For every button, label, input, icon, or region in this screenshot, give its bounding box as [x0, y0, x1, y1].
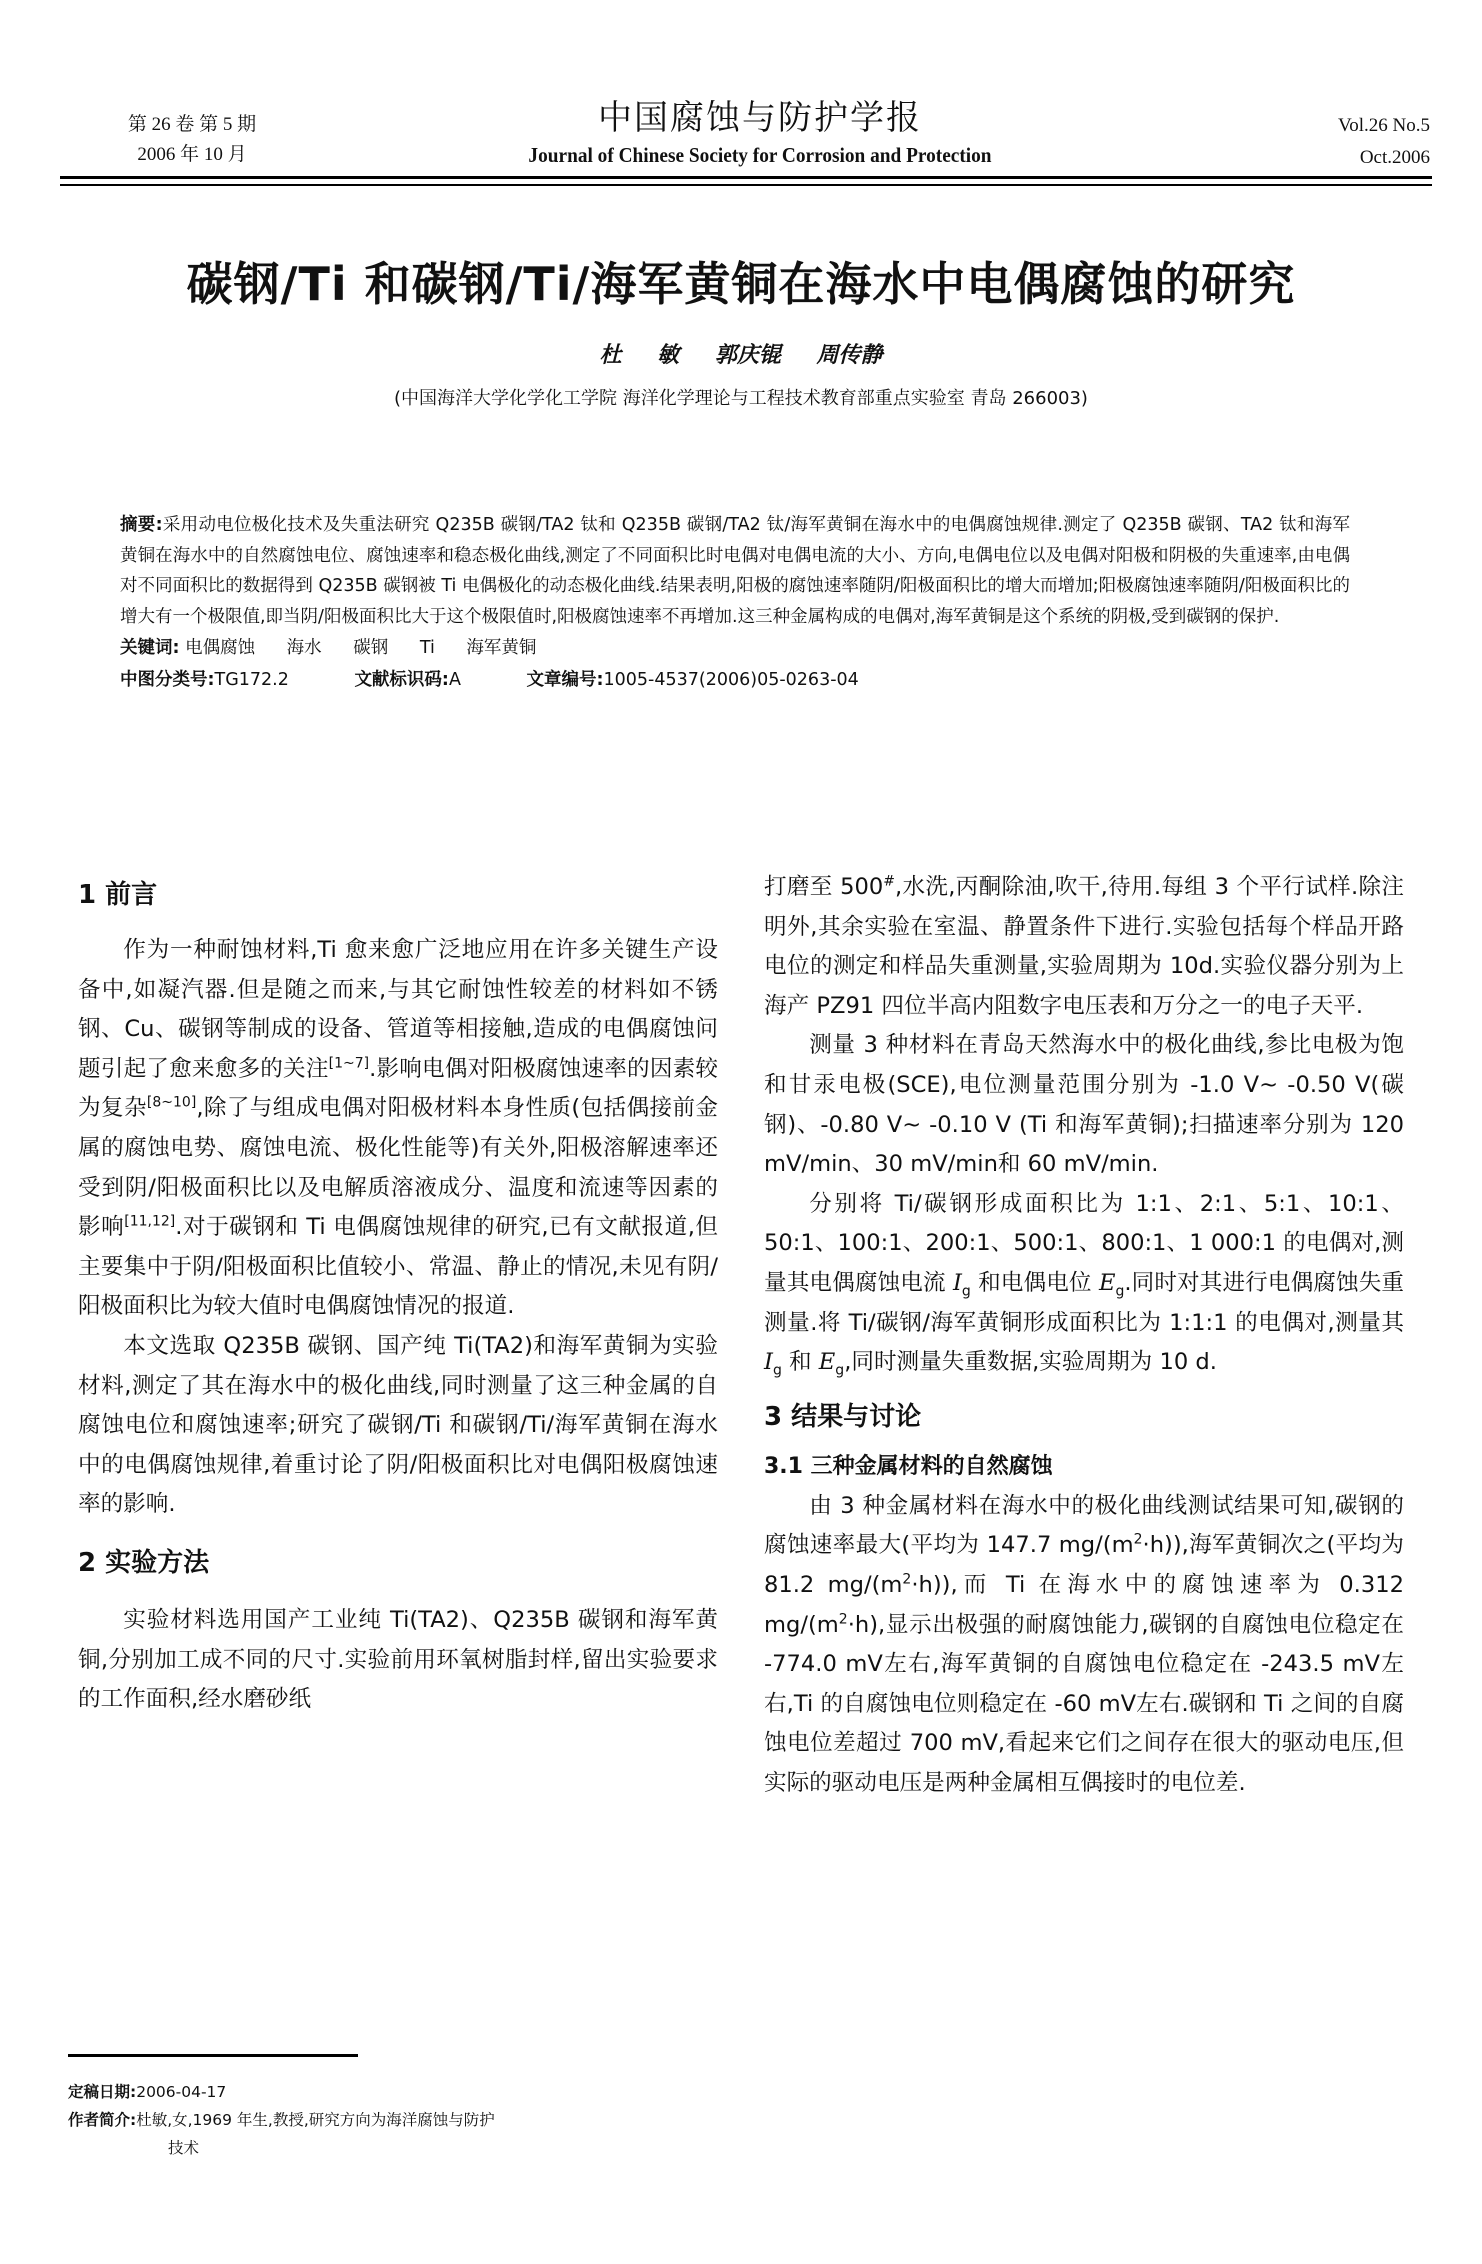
methods-paragraph-3: 分别将 Ti/碳钢形成面积比为 1:1、2:1、5:1、10:1、50:1、10… — [764, 1185, 1404, 1383]
keyword-item: Ti — [420, 638, 435, 658]
article-no-label: 文章编号: — [527, 670, 604, 690]
intro-paragraph-1: 作为一种耐蚀材料,Ti 愈来愈广泛地应用在许多关键生产设备中,如凝汽器.但是随之… — [78, 931, 718, 1327]
article-no-value: 1005-4537(2006)05-0263-04 — [604, 670, 859, 690]
article-authors: 杜 敏 郭庆锟 周传静 — [0, 338, 1482, 369]
journal-name-en: Journal of Chinese Society for Corrosion… — [447, 140, 1073, 170]
keyword-item: 电偶腐蚀 — [185, 638, 255, 658]
citation-ref[interactable]: [1~7] — [329, 1055, 369, 1071]
abstract-block: 摘要:采用动电位极化技术及失重法研究 Q235B 碳钢/TA2 钛和 Q235B… — [120, 510, 1350, 696]
section-heading-introduction: 1 前言 — [78, 875, 718, 915]
keywords-line: 关键词: 电偶腐蚀 海水 碳钢 Ti 海军黄铜 — [120, 632, 1350, 664]
header-date-cn: 2006 年 10 月 — [92, 140, 292, 170]
footnote-divider — [68, 2054, 358, 2057]
doc-code-label: 文献标识码: — [354, 670, 449, 690]
article-affiliation: (中国海洋大学化学化工学院 海洋化学理论与工程技术教育部重点实验室 青岛 266… — [0, 384, 1482, 410]
body-column-left: 1 前言 作为一种耐蚀材料,Ti 愈来愈广泛地应用在许多关键生产设备中,如凝汽器… — [78, 875, 718, 1720]
author-bio-value: 杜敏,女,1969 年生,教授,研究方向为海洋腐蚀与防护 — [136, 2111, 495, 2129]
header-volume-issue-cn: 第 26 卷 第 5 期 — [92, 110, 292, 140]
section-heading-methods: 2 实验方法 — [78, 1543, 718, 1583]
author-bio-label: 作者简介: — [68, 2111, 136, 2129]
header-date-en: Oct.2006 — [1230, 142, 1430, 174]
abstract-label: 摘要: — [120, 515, 163, 535]
author-bio-continuation: 技术 — [68, 2134, 708, 2162]
journal-name-cn: 中国腐蚀与防护学报 — [420, 96, 1100, 140]
results-paragraph-1: 由 3 种金属材料在海水中的极化曲线测试结果可知,碳钢的腐蚀速率最大(平均为 1… — [764, 1487, 1404, 1804]
received-date-value: 2006-04-17 — [136, 2083, 226, 2101]
methods-paragraph-1-cont: 打磨至 500#,水洗,丙酮除油,吹干,待用.每组 3 个平行试样.除注明外,其… — [764, 868, 1404, 1026]
clc-label: 中图分类号: — [120, 670, 215, 690]
article-title: 碳钢/Ti 和碳钢/Ti/海军黄铜在海水中电偶腐蚀的研究 — [40, 248, 1442, 314]
body-column-right: 打磨至 500#,水洗,丙酮除油,吹干,待用.每组 3 个平行试样.除注明外,其… — [764, 868, 1404, 1803]
header-rule-bottom — [60, 184, 1432, 186]
footnote-block: 定稿日期:2006-04-17 作者简介:杜敏,女,1969 年生,教授,研究方… — [68, 2078, 708, 2162]
abstract-paragraph: 摘要:采用动电位极化技术及失重法研究 Q235B 碳钢/TA2 钛和 Q235B… — [120, 510, 1350, 632]
header-rule-top — [60, 176, 1432, 179]
keywords-label: 关键词: — [120, 638, 180, 658]
abstract-text: 采用动电位极化技术及失重法研究 Q235B 碳钢/TA2 钛和 Q235B 碳钢… — [120, 515, 1350, 627]
intro-paragraph-2: 本文选取 Q235B 碳钢、国产纯 Ti(TA2)和海军黄铜为实验材料,测定了其… — [78, 1327, 718, 1525]
received-date-label: 定稿日期: — [68, 2083, 136, 2101]
doc-code-value: A — [449, 670, 461, 690]
citation-ref[interactable]: [11,12] — [124, 1214, 175, 1230]
citation-ref[interactable]: [8~10] — [147, 1095, 196, 1111]
author-bio-line: 作者简介:杜敏,女,1969 年生,教授,研究方向为海洋腐蚀与防护 — [68, 2106, 708, 2134]
methods-paragraph-1: 实验材料选用国产工业纯 Ti(TA2)、Q235B 碳钢和海军黄铜,分别加工成不… — [78, 1601, 718, 1720]
classification-line: 中图分类号:TG172.2 文献标识码:A 文章编号:1005-4537(200… — [120, 664, 1350, 696]
keyword-item: 海军黄铜 — [466, 638, 536, 658]
subsection-heading-natural-corrosion: 3.1 三种金属材料的自然腐蚀 — [764, 1447, 1404, 1487]
header-volume-issue-en: Vol.26 No.5 — [1230, 110, 1430, 142]
methods-paragraph-2: 测量 3 种材料在青岛天然海水中的极化曲线,参比电极为饱和甘汞电极(SCE),电… — [764, 1026, 1404, 1184]
header-volume-info: 第 26 卷 第 5 期 2006 年 10 月 — [92, 110, 292, 170]
received-date-line: 定稿日期:2006-04-17 — [68, 2078, 708, 2106]
header-volume-info-en: Vol.26 No.5 Oct.2006 — [1230, 110, 1430, 174]
keyword-item: 碳钢 — [353, 638, 388, 658]
journal-masthead: 中国腐蚀与防护学报 Journal of Chinese Society for… — [420, 96, 1100, 170]
section-heading-results: 3 结果与讨论 — [764, 1397, 1404, 1437]
keyword-item: 海水 — [287, 638, 322, 658]
clc-value: TG172.2 — [215, 670, 289, 690]
